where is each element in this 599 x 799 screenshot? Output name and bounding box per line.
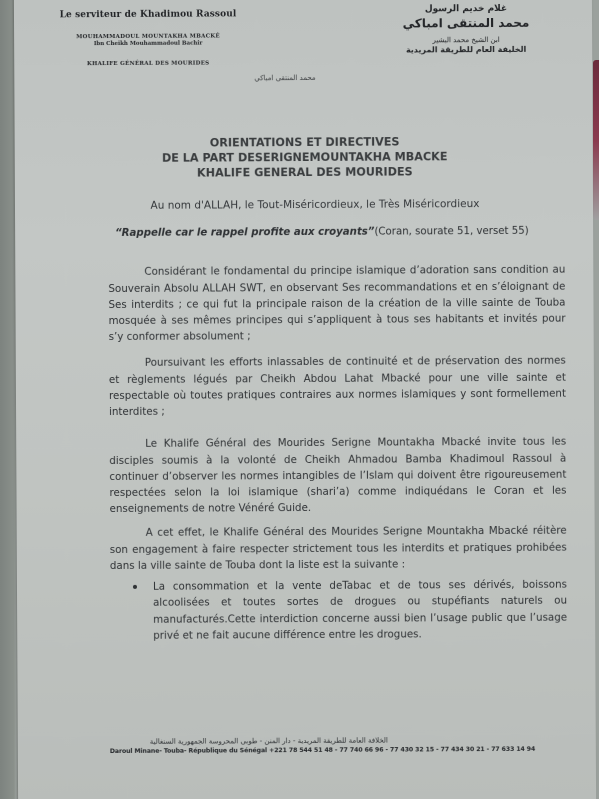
paragraph-pursuing: Poursuivant les efforts inlassables de c… <box>109 353 566 421</box>
letter-footer: الخلافة العامة للطريقة المريدية - دار ال… <box>110 736 570 755</box>
letterhead-arabic-title: الخليفة العام للطريقة المريدية <box>386 45 546 55</box>
letterhead-lineage: Ibn Cheikh Mouhammadoul Bachir <box>58 40 238 47</box>
invocation: Au nom d'ALLAH, le Tout-Miséricordieux, … <box>95 198 535 212</box>
paragraph-considering: Considérant le fondamental du principe i… <box>108 262 565 346</box>
letterhead-title: KHALIFE GÉNÉRAL DES MOURIDES <box>58 60 238 67</box>
document-photo: Le serviteur de Khadimou Rassoul MOUHAMM… <box>0 0 599 799</box>
title-line-2: DE LA PART DESERIGNEMOUNTAKHA MBACKE <box>115 149 495 166</box>
title-line-3: KHALIFE GENERAL DES MOURIDES <box>115 164 495 181</box>
letterhead-arabic-lineage: ابن الشيخ محمد البشير <box>386 36 546 45</box>
letterhead-arabic: غلام خديم الرسول محمد المنتقى امباكي ابن… <box>386 4 546 55</box>
list-item-text: La consommation et la vente deTabac et d… <box>153 579 567 642</box>
quote-text: “Rappelle car le rappel profite aux croy… <box>115 227 374 239</box>
document-title: ORIENTATIONS ET DIRECTIVES DE LA PART DE… <box>115 134 495 181</box>
footer-arabic-address: الخلافة العامة للطريقة المريدية - دار ال… <box>110 736 570 746</box>
quote-reference: (Coran, sourate 51, verset 55) <box>374 226 528 238</box>
letterhead-servant-line: Le serviteur de Khadimou Rassoul <box>58 9 238 20</box>
background-object <box>593 60 599 220</box>
prohibited-practices-list: La consommation et la vente deTabac et d… <box>110 577 567 645</box>
bullet-icon <box>133 585 137 589</box>
footer-address-phones: Daroul Minane- Touba- République du Séné… <box>110 746 570 755</box>
list-item: La consommation et la vente deTabac et d… <box>110 577 567 645</box>
paragraph-invitation: Le Khalife Général des Mourides Serigne … <box>109 434 566 518</box>
letterhead-name: MOUHAMMADOUL MOUNTAKHA MBACKÉ <box>58 33 238 40</box>
paragraph-commitment: A cet effet, le Khalife Général des Mour… <box>110 523 567 574</box>
letterhead-arabic-servant: غلام خديم الرسول <box>386 4 546 15</box>
letterhead-french: Le serviteur de Khadimou Rassoul MOUHAMM… <box>58 9 238 67</box>
letterhead-arabic-name: محمد المنتقى امباكي <box>386 16 546 31</box>
letter-page: Le serviteur de Khadimou Rassoul MOUHAMM… <box>14 0 596 799</box>
arabic-signature-line: محمد المنتقى امباكي <box>254 74 315 82</box>
quran-quote: “Rappelle car le rappel profite aux croy… <box>115 226 545 239</box>
